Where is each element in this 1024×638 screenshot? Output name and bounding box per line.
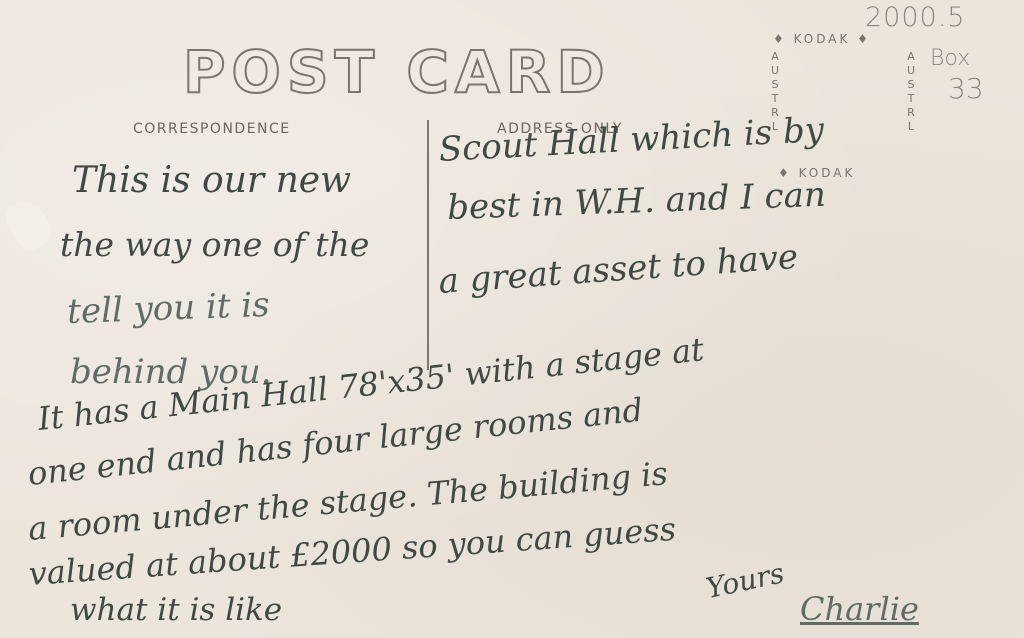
accession-number: 2000.5 <box>865 2 965 33</box>
stamp-right-vertical: A U S T R L <box>905 50 917 134</box>
box-number: 33 <box>948 72 984 105</box>
message-line-3: the way one of the <box>60 225 369 264</box>
correspondence-label: CORRESPONDENCE <box>133 121 291 137</box>
box-label: Box <box>930 46 970 71</box>
signature: Charlie <box>800 590 919 628</box>
message-line-6: a great asset to have <box>437 237 799 302</box>
message-line-2: Scout Hall which is by <box>438 110 825 170</box>
column-divider <box>427 120 429 370</box>
closing: Yours <box>703 556 787 605</box>
message-line-4: best in W.H. and I can <box>447 175 827 228</box>
paper-stain <box>0 194 58 256</box>
message-line-5: tell you it is <box>67 285 271 332</box>
message-line-1: This is our new <box>72 160 351 201</box>
postcard-back: POST CARD CORRESPONDENCE ADDRESS ONLY ♦ … <box>0 0 1024 638</box>
stamp-top-text: ♦ KODAK ♦ <box>773 32 871 46</box>
message-line-12: what it is like <box>70 592 282 628</box>
postcard-title: POST CARD <box>183 38 611 106</box>
